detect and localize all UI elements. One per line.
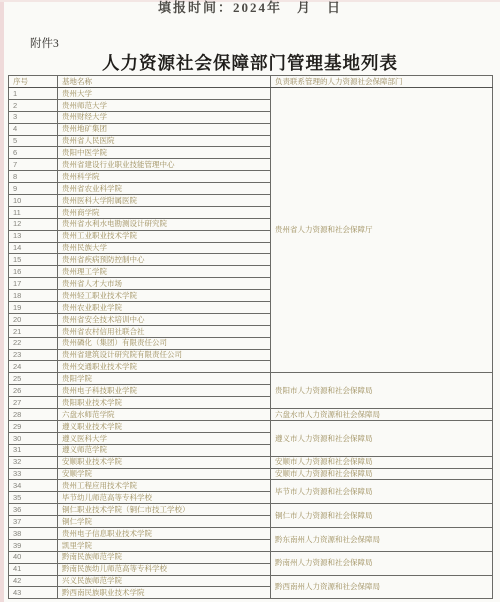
row-number-cell: 10: [9, 195, 58, 207]
base-name-cell: 贵州师范大学: [58, 99, 271, 111]
row-number-cell: 11: [9, 206, 58, 218]
table-header: 序号基地名称负责联系管理的人力资源社会保障部门: [9, 76, 493, 88]
department-cell: 黔西南州人力资源和社会保障局: [271, 575, 493, 599]
department-cell: 贵阳市人力资源和社会保障局: [271, 373, 493, 409]
column-header-base-name: 基地名称: [58, 76, 271, 88]
base-name-cell: 遵义医科大学: [58, 432, 271, 444]
row-number-cell: 28: [9, 409, 58, 421]
row-number-cell: 19: [9, 302, 58, 314]
row-number-cell: 32: [9, 456, 58, 468]
row-number-cell: 16: [9, 266, 58, 278]
base-name-cell: 贵州理工学院: [58, 266, 271, 278]
base-name-cell: 贵州省人民医院: [58, 135, 271, 147]
base-name-cell: 贵州医科大学附属医院: [58, 195, 271, 207]
row-number-cell: 33: [9, 468, 58, 480]
page-left-margin-strip: [0, 0, 4, 602]
base-name-cell: 贵州电子科技职业学院: [58, 385, 271, 397]
column-header-number: 序号: [9, 76, 58, 88]
attachment-label: 附件3: [30, 35, 59, 51]
base-name-cell: 遵义师范学院: [58, 444, 271, 456]
base-name-cell: 贵州科学院: [58, 171, 271, 183]
table-row: 34贵州工程应用技术学院毕节市人力资源和社会保障局: [9, 480, 493, 492]
base-name-cell: 黔西南民族职业技术学院: [58, 587, 271, 599]
base-name-cell: 贵阳中医学院: [58, 147, 271, 159]
base-name-cell: 贵州工业职业技术学院: [58, 230, 271, 242]
table-row: 29遵义职业技术学院遵义市人力资源和社会保障局: [9, 420, 493, 432]
department-cell: 遵义市人力资源和社会保障局: [271, 420, 493, 456]
row-number-cell: 41: [9, 563, 58, 575]
department-cell: 贵州省人力资源和社会保障厅: [271, 88, 493, 373]
department-cell: 铜仁市人力资源和社会保障局: [271, 504, 493, 528]
base-name-cell: 黔南民族师范学院: [58, 551, 271, 563]
row-number-cell: 20: [9, 313, 58, 325]
row-number-cell: 43: [9, 587, 58, 599]
row-number-cell: 22: [9, 337, 58, 349]
base-name-cell: 贵州省安全技术培训中心: [58, 313, 271, 325]
base-name-cell: 贵州省农业科学院: [58, 183, 271, 195]
base-name-cell: 贵州电子信息职业技术学院: [58, 527, 271, 539]
row-number-cell: 1: [9, 88, 58, 100]
base-name-cell: 贵州商学院: [58, 206, 271, 218]
row-number-cell: 2: [9, 99, 58, 111]
row-number-cell: 13: [9, 230, 58, 242]
row-number-cell: 21: [9, 325, 58, 337]
base-name-cell: 贵阳学院: [58, 373, 271, 385]
row-number-cell: 6: [9, 147, 58, 159]
row-number-cell: 35: [9, 492, 58, 504]
row-number-cell: 3: [9, 111, 58, 123]
base-name-cell: 贵州轻工职业技术学院: [58, 290, 271, 302]
table-row: 25贵阳学院贵阳市人力资源和社会保障局: [9, 373, 493, 385]
row-number-cell: 14: [9, 242, 58, 254]
base-name-cell: 贵州地矿集团: [58, 123, 271, 135]
row-number-cell: 27: [9, 397, 58, 409]
department-cell: 安顺市人力资源和社会保障局: [271, 468, 493, 480]
base-list-table: 序号基地名称负责联系管理的人力资源社会保障部门 1贵州大学贵州省人力资源和社会保…: [8, 75, 493, 599]
base-name-cell: 凯里学院: [58, 539, 271, 551]
base-name-cell: 贵州农业职业学院: [58, 302, 271, 314]
row-number-cell: 38: [9, 527, 58, 539]
row-number-cell: 25: [9, 373, 58, 385]
table-row: 38贵州电子信息职业技术学院黔东南州人力资源和社会保障局: [9, 527, 493, 539]
row-number-cell: 29: [9, 420, 58, 432]
table-row: 36铜仁职业技术学院（铜仁市技工学校）铜仁市人力资源和社会保障局: [9, 504, 493, 516]
base-name-cell: 安顺学院: [58, 468, 271, 480]
table-row: 40黔南民族师范学院黔南州人力资源和社会保障局: [9, 551, 493, 563]
department-cell: 黔东南州人力资源和社会保障局: [271, 527, 493, 551]
base-name-cell: 贵州省建设行业职业技能管理中心: [58, 159, 271, 171]
row-number-cell: 40: [9, 551, 58, 563]
base-name-cell: 贵州磷化（集团）有限责任公司: [58, 337, 271, 349]
department-cell: 毕节市人力资源和社会保障局: [271, 480, 493, 504]
row-number-cell: 24: [9, 361, 58, 373]
base-name-cell: 贵州交通职业技术学院: [58, 361, 271, 373]
base-name-cell: 铜仁学院: [58, 516, 271, 528]
row-number-cell: 34: [9, 480, 58, 492]
row-number-cell: 39: [9, 539, 58, 551]
base-name-cell: 六盘水师范学院: [58, 409, 271, 421]
base-name-cell: 贵州财经大学: [58, 111, 271, 123]
base-name-cell: 贵州省人才大市场: [58, 278, 271, 290]
base-name-cell: 贵州省疾病预防控制中心: [58, 254, 271, 266]
row-number-cell: 37: [9, 516, 58, 528]
base-name-cell: 贵州大学: [58, 88, 271, 100]
base-name-cell: 黔南民族幼儿师范高等专科学校: [58, 563, 271, 575]
row-number-cell: 9: [9, 183, 58, 195]
row-number-cell: 23: [9, 349, 58, 361]
row-number-cell: 5: [9, 135, 58, 147]
row-number-cell: 26: [9, 385, 58, 397]
row-number-cell: 30: [9, 432, 58, 444]
table-row: 28六盘水师范学院六盘水市人力资源和社会保障局: [9, 409, 493, 421]
table-row: 1贵州大学贵州省人力资源和社会保障厅: [9, 88, 493, 100]
row-number-cell: 42: [9, 575, 58, 587]
row-number-cell: 18: [9, 290, 58, 302]
base-name-cell: 兴义民族师范学院: [58, 575, 271, 587]
row-number-cell: 12: [9, 218, 58, 230]
base-name-cell: 毕节幼儿师范高等专科学校: [58, 492, 271, 504]
base-name-cell: 安顺职业技术学院: [58, 456, 271, 468]
base-name-cell: 贵州省建筑设计研究院有限责任公司: [58, 349, 271, 361]
base-name-cell: 贵阳职业技术学院: [58, 397, 271, 409]
department-cell: 安顺市人力资源和社会保障局: [271, 456, 493, 468]
fill-date-line: 填报时间：2024年 月 日: [0, 0, 500, 16]
department-cell: 六盘水市人力资源和社会保障局: [271, 409, 493, 421]
row-number-cell: 7: [9, 159, 58, 171]
row-number-cell: 4: [9, 123, 58, 135]
row-number-cell: 36: [9, 504, 58, 516]
row-number-cell: 15: [9, 254, 58, 266]
base-name-cell: 贵州省农村信用社联合社: [58, 325, 271, 337]
base-name-cell: 贵州工程应用技术学院: [58, 480, 271, 492]
page-title: 人力资源社会保障部门管理基地列表: [0, 50, 500, 75]
department-cell: 黔南州人力资源和社会保障局: [271, 551, 493, 575]
base-name-cell: 遵义职业技术学院: [58, 420, 271, 432]
table-row: 32安顺职业技术学院安顺市人力资源和社会保障局: [9, 456, 493, 468]
row-number-cell: 17: [9, 278, 58, 290]
table-header-row: 序号基地名称负责联系管理的人力资源社会保障部门: [9, 76, 493, 88]
column-header-department: 负责联系管理的人力资源社会保障部门: [271, 76, 493, 88]
base-name-cell: 贵州省水利水电勘测设计研究院: [58, 218, 271, 230]
row-number-cell: 31: [9, 444, 58, 456]
row-number-cell: 8: [9, 171, 58, 183]
base-name-cell: 贵州民族大学: [58, 242, 271, 254]
table-body: 1贵州大学贵州省人力资源和社会保障厅2贵州师范大学3贵州财经大学4贵州地矿集团5…: [9, 88, 493, 599]
table-row: 42兴义民族师范学院黔西南州人力资源和社会保障局: [9, 575, 493, 587]
table-row: 33安顺学院安顺市人力资源和社会保障局: [9, 468, 493, 480]
base-name-cell: 铜仁职业技术学院（铜仁市技工学校）: [58, 504, 271, 516]
